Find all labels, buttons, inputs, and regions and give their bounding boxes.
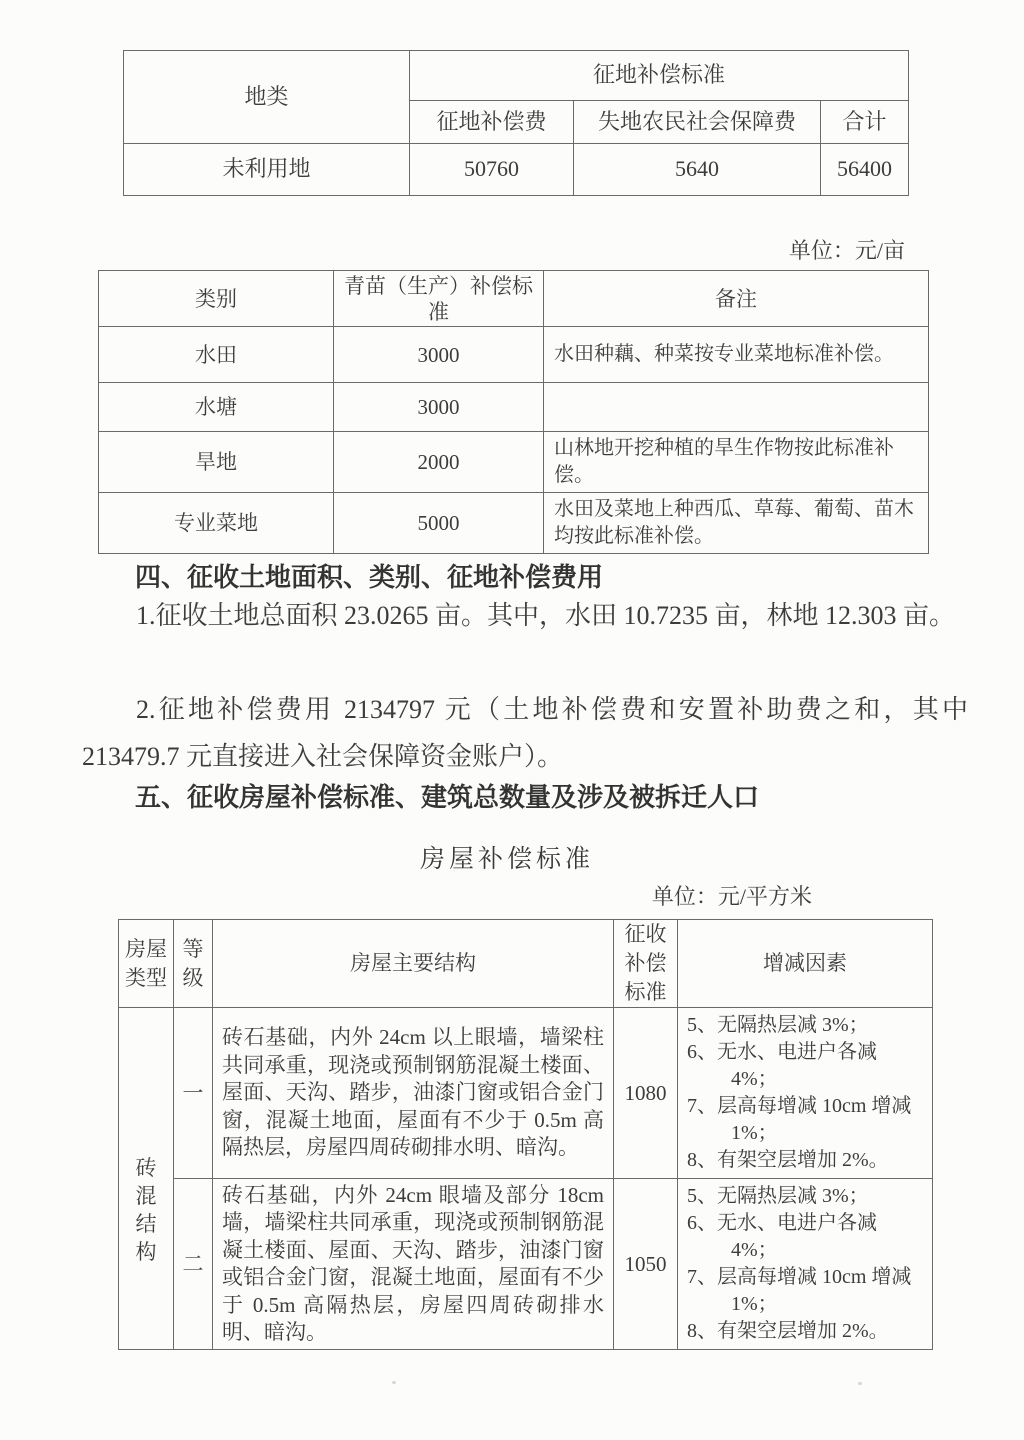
standard-cell: 1050 — [614, 1179, 678, 1350]
grade-cell: 一 — [174, 1008, 213, 1179]
scanned-document-page: { "page": { "unit_label_mu": "单位：元/亩", "… — [0, 0, 1024, 1440]
paragraph-land-area: 1.征收土地总面积 23.0265 亩。其中，水田 10.7235 亩，林地 1… — [82, 592, 968, 639]
standard-cell: 3000 — [334, 383, 544, 432]
factor-item: 6、无水、电进户各减 4%； — [687, 1039, 926, 1093]
factor-item: 7、层高每增减 10cm 增减 1%； — [687, 1264, 926, 1318]
category-cell: 旱地 — [99, 432, 334, 493]
category-cell: 水塘 — [99, 383, 334, 432]
fee-value-cell: 50760 — [410, 144, 574, 196]
land-compensation-table: 地类 征地补偿标准 征地补偿费 失地农民社会保障费 合计 未利用地 50760 … — [123, 50, 909, 196]
remark-header-cell: 备注 — [544, 271, 929, 327]
table-row-paddy: 水田 3000 水田种藕、种菜按专业菜地标准补偿。 — [99, 327, 929, 383]
section-5-heading: 五、征收房屋补偿标准、建筑总数量及涉及被拆迁人口 — [135, 780, 759, 816]
house-compensation-table: 房屋类型 等级 房屋主要结构 征收补偿标准 增减因素 砖混结构 一 砖石基础，内… — [118, 919, 933, 1350]
house-type-vertical-text: 砖混结构 — [135, 1154, 157, 1266]
grade-header-cell: 等级 — [174, 920, 213, 1008]
house-table-title: 房屋补偿标准 — [82, 843, 932, 877]
table-header-row: 类别 青苗（生产）补偿标准 备注 — [99, 271, 929, 327]
unit-label-yuan-per-sqm: 单位：元/平方米 — [82, 884, 812, 910]
scan-speck — [392, 1381, 396, 1384]
factor-item: 7、层高每增减 10cm 增减 1%； — [687, 1093, 926, 1147]
land-type-header-cell: 地类 — [124, 51, 410, 144]
factors-header-cell: 增减因素 — [678, 920, 933, 1008]
table-row-grade-2: 二 砖石基础，内外 24cm 眼墙及部分 18cm 墙，墙梁柱共同承重，现浇或预… — [119, 1179, 933, 1350]
table-row-grade-1: 砖混结构 一 砖石基础，内外 24cm 以上眼墙，墙梁柱共同承重，现浇或预制钢筋… — [119, 1008, 933, 1179]
factors-cell: 5、无隔热层减 3%； 6、无水、电进户各减 4%； 7、层高每增减 10cm … — [678, 1008, 933, 1179]
factors-cell: 5、无隔热层减 3%； 6、无水、电进户各减 4%； 7、层高每增减 10cm … — [678, 1179, 933, 1350]
house-type-cell: 砖混结构 — [119, 1008, 174, 1350]
table-header-row: 房屋类型 等级 房屋主要结构 征收补偿标准 增减因素 — [119, 920, 933, 1008]
standard-cell: 5000 — [334, 493, 544, 554]
factor-item: 6、无水、电进户各减 4%； — [687, 1210, 926, 1264]
table-row-dryland: 旱地 2000 山林地开挖种植的旱生作物按此标准补偿。 — [99, 432, 929, 493]
total-subheader-cell: 合计 — [821, 101, 909, 144]
social-value-cell: 5640 — [574, 144, 821, 196]
total-value-cell: 56400 — [821, 144, 909, 196]
structure-cell: 砖石基础，内外 24cm 以上眼墙，墙梁柱共同承重，现浇或预制钢筋混凝土楼面、屋… — [213, 1008, 614, 1179]
factor-item: 8、有架空层增加 2%。 — [687, 1318, 926, 1345]
remark-cell — [544, 383, 929, 432]
standard-cell: 2000 — [334, 432, 544, 493]
structure-header-cell: 房屋主要结构 — [213, 920, 614, 1008]
standard-header-cell: 征收补偿标准 — [614, 920, 678, 1008]
house-type-header-cell: 房屋类型 — [119, 920, 174, 1008]
remark-cell: 山林地开挖种植的旱生作物按此标准补偿。 — [544, 432, 929, 493]
compensation-standard-header-cell: 征地补偿标准 — [410, 51, 909, 101]
factor-item: 8、有架空层增加 2%。 — [687, 1147, 926, 1174]
factor-item: 5、无隔热层减 3%； — [687, 1012, 926, 1039]
crop-compensation-table: 类别 青苗（生产）补偿标准 备注 水田 3000 水田种藕、种菜按专业菜地标准补… — [98, 270, 929, 554]
standard-cell: 3000 — [334, 327, 544, 383]
grade-cell: 二 — [174, 1179, 213, 1350]
table-row-pond: 水塘 3000 — [99, 383, 929, 432]
remark-cell: 水田及菜地上种西瓜、草莓、葡萄、苗木均按此标准补偿。 — [544, 493, 929, 554]
factor-item: 5、无隔热层减 3%； — [687, 1183, 926, 1210]
category-cell: 水田 — [99, 327, 334, 383]
table-header-row: 地类 征地补偿标准 — [124, 51, 909, 101]
category-header-cell: 类别 — [99, 271, 334, 327]
scan-speck — [858, 1382, 862, 1385]
land-type-cell: 未利用地 — [124, 144, 410, 196]
table-row: 未利用地 50760 5640 56400 — [124, 144, 909, 196]
unit-label-yuan-per-mu: 单位：元/亩 — [123, 238, 905, 264]
structure-cell: 砖石基础，内外 24cm 眼墙及部分 18cm 墙，墙梁柱共同承重，现浇或预制钢… — [213, 1179, 614, 1350]
table-row-vegetable: 专业菜地 5000 水田及菜地上种西瓜、草莓、葡萄、苗木均按此标准补偿。 — [99, 493, 929, 554]
section-4-heading: 四、征收土地面积、类别、征地补偿费用 — [135, 560, 603, 596]
remark-cell: 水田种藕、种菜按专业菜地标准补偿。 — [544, 327, 929, 383]
category-cell: 专业菜地 — [99, 493, 334, 554]
crop-standard-header-cell: 青苗（生产）补偿标准 — [334, 271, 544, 327]
social-security-subheader-cell: 失地农民社会保障费 — [574, 101, 821, 144]
fee-subheader-cell: 征地补偿费 — [410, 101, 574, 144]
standard-cell: 1080 — [614, 1008, 678, 1179]
paragraph-compensation-cost: 2.征地补偿费用 2134797 元（土地补偿费和安置补助费之和，其中 2134… — [82, 686, 968, 780]
